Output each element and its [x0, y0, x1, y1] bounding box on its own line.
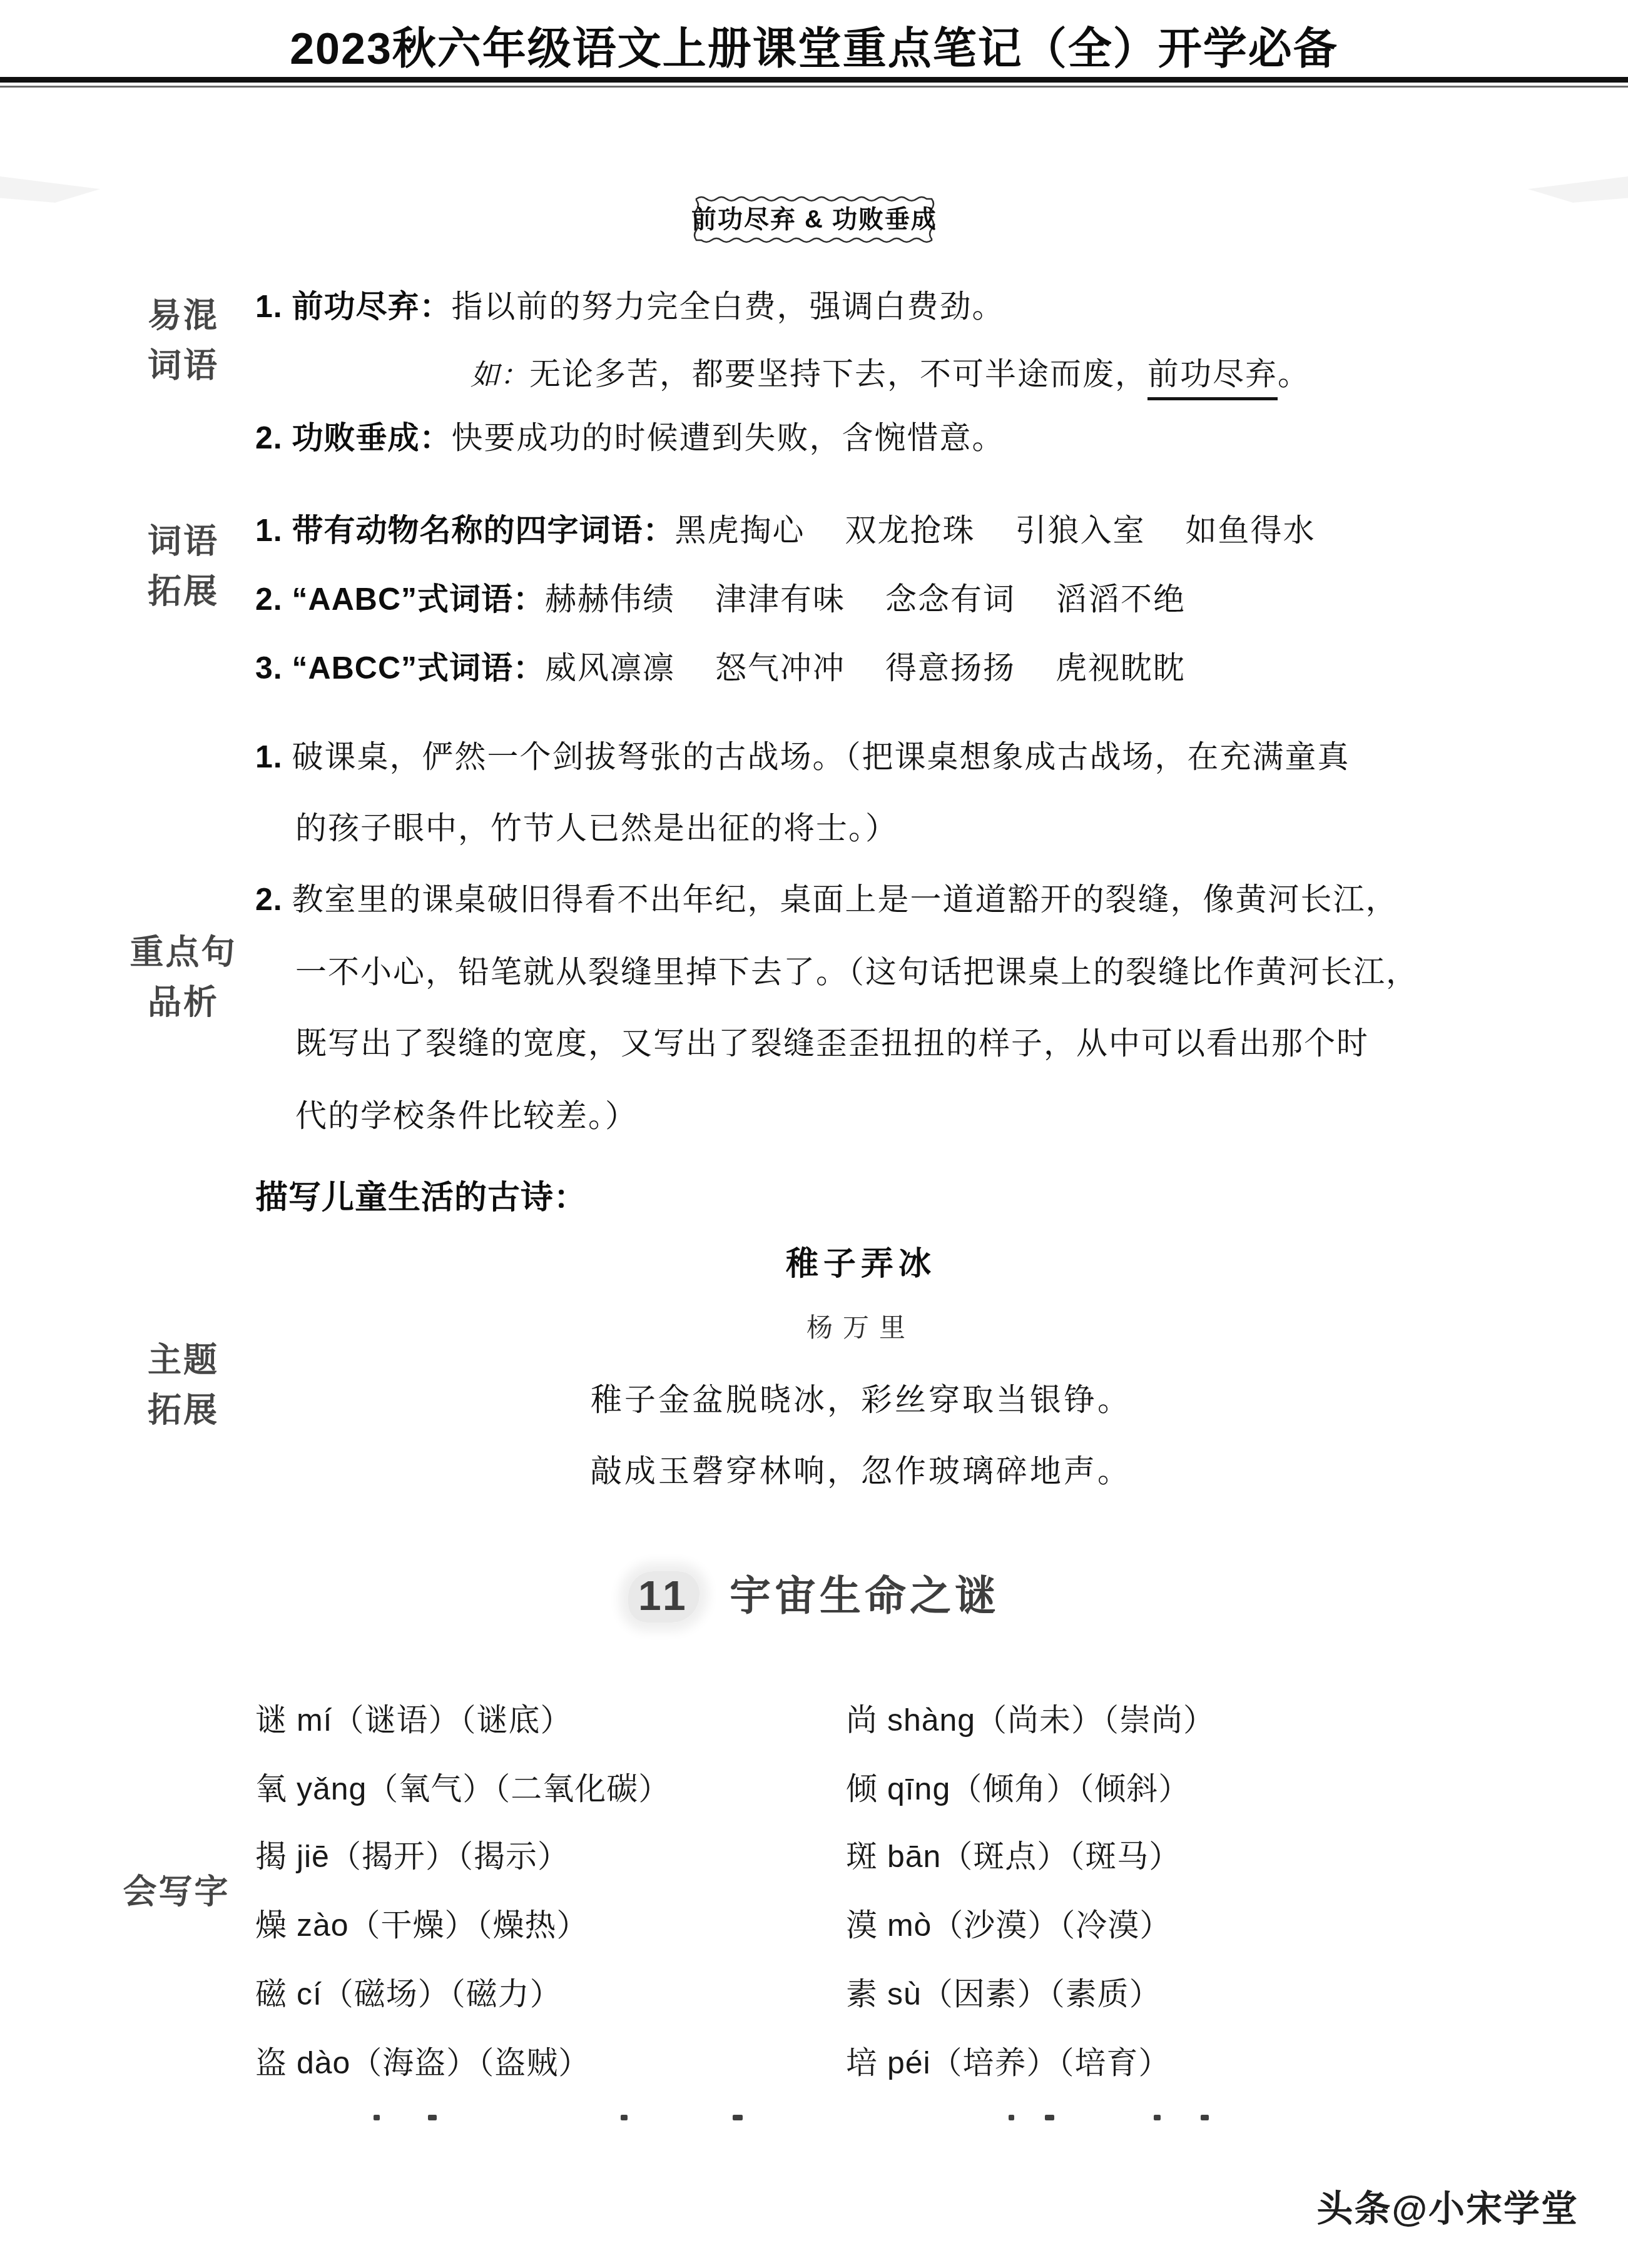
side-label-word-expansion: 词语 拓展 [114, 517, 252, 617]
item-number: 1. [255, 739, 292, 774]
word-group: 赫赫伟绩津津有味念念有词滔滔不绝 [545, 582, 1186, 617]
writing-word-cell: 斑 bān（斑点）（斑马） [846, 1831, 1181, 1876]
writing-word-cell: 素 sù（因素）（素质） [846, 1969, 1161, 2014]
word-group: 黑虎掏心双龙抢珠引狼入室如鱼得水 [675, 513, 1316, 548]
side-label-line: 品析 [114, 978, 252, 1028]
writing-word-cell: 倾 qīng（倾角）（倾斜） [846, 1764, 1190, 1809]
writing-word-cell: 尚 shàng（尚未）（崇尚） [846, 1695, 1215, 1740]
confusable-item-1: 1. 前功尽弃：指以前的努力完全白费，强调白费劲。 [255, 281, 1005, 327]
word: 念念有词 [885, 582, 1015, 617]
side-label-confusable-words: 易混 词语 [114, 291, 252, 391]
expansion-prefix: 3. “ABCC”式词语： [255, 651, 545, 686]
sentence-text: 破课桌，俨然一个剑拔弩张的古战场。（把课桌想象成古战场，在充满童真 [292, 739, 1350, 774]
theme-heading: 描写儿童生活的古诗： [255, 1171, 587, 1218]
word: 津津有味 [715, 582, 845, 617]
page-edge-clipped-text [428, 2115, 437, 2120]
page-fold-watermark-right [1528, 176, 1628, 203]
badge-text: 前功尽弃 & 功败垂成 [691, 194, 937, 245]
example-period: 。 [1278, 357, 1310, 392]
writing-word-cell: 燥 zào（干燥）（燥热） [255, 1900, 589, 1945]
expansion-item-3: 3. “ABCC”式词语：威风凛凛怒气冲冲得意扬扬虎视眈眈 [255, 643, 1186, 688]
term-definition: 指以前的努力完全白费，强调白费劲。 [452, 289, 1005, 324]
term-label: 1. 前功尽弃： [255, 289, 452, 324]
page-edge-clipped-text [1201, 2115, 1209, 2120]
expansion-item-2: 2. “AABC”式词语：赫赫伟绩津津有味念念有词滔滔不绝 [255, 574, 1186, 619]
key-sentence-2-line-2: 一不小心，铅笔就从裂缝里掉下去了。（这句话把课桌上的裂缝比作黄河长江， [295, 947, 1418, 992]
side-label-line: 会写字 [108, 1867, 245, 1917]
page-edge-clipped-text [1154, 2115, 1161, 2120]
lesson-title: 宇宙生命之谜 [730, 1572, 1000, 1619]
example-underlined-term: 前功尽弃 [1147, 357, 1278, 400]
confusable-example: 如：无论多苦，都要坚持下去，不可半途而废，前功尽弃。 [471, 349, 1310, 394]
writing-word-cell: 谜 mí（谜语）（谜底） [255, 1695, 572, 1740]
key-sentence-2-line-4: 代的学校条件比较差。） [295, 1091, 638, 1136]
watermark: 头条@小宋学堂 [1316, 2179, 1579, 2232]
writing-word-cell: 漠 mò（沙漠）（冷漠） [846, 1900, 1171, 1945]
example-body: 无论多苦，都要坚持下去，不可半途而废， [529, 357, 1147, 392]
writing-word-cell: 盗 dào（海盗）（盗贼） [255, 2038, 590, 2083]
lesson-number-highlight: 11 [628, 1571, 700, 1623]
key-sentence-1-line-1: 1. 破课桌，俨然一个剑拔弩张的古战场。（把课桌想象成古战场，在充满童真 [255, 732, 1350, 777]
page-edge-clipped-text [733, 2115, 743, 2120]
example-prefix: 如： [471, 359, 529, 391]
side-label-line: 拓展 [114, 567, 252, 617]
page-edge-clipped-text [374, 2115, 380, 2120]
side-label-line: 易混 [114, 291, 252, 341]
word: 滔滔不绝 [1056, 582, 1186, 617]
side-label-line: 重点句 [114, 928, 252, 978]
term-definition: 快要成功的时候遭到失败，含惋惜意。 [452, 420, 1005, 455]
word: 威风凛凛 [545, 651, 675, 686]
expansion-prefix: 1. 带有动物名称的四字词语： [255, 513, 675, 548]
page-edge-clipped-text [621, 2115, 628, 2120]
expansion-item-1: 1. 带有动物名称的四字词语：黑虎掏心双龙抢珠引狼入室如鱼得水 [255, 505, 1316, 550]
key-sentence-1-line-2: 的孩子眼中，竹节人已然是出征的将士。） [295, 803, 898, 848]
writing-word-cell: 揭 jiē（揭开）（揭示） [255, 1831, 569, 1876]
word: 黑虎掏心 [675, 513, 805, 548]
side-label-line: 词语 [114, 517, 252, 567]
poem-line-2: 敲成玉磬穿林响，忽作玻璃碎地声。 [0, 1446, 1628, 1491]
writing-word-cell: 磁 cí（磁场）（磁力） [255, 1969, 562, 2014]
word: 如鱼得水 [1186, 513, 1316, 548]
term-label: 2. 功败垂成： [255, 420, 452, 455]
item-number: 2. [255, 882, 292, 917]
confusable-item-2: 2. 功败垂成：快要成功的时候遭到失败，含惋惜意。 [255, 413, 1005, 458]
writing-word-cell: 培 péi（培养）（培育） [846, 2038, 1171, 2083]
expansion-prefix: 2. “AABC”式词语： [255, 582, 545, 617]
page-title: 2023秋六年级语文上册课堂重点笔记（全）开学必备 [0, 14, 1628, 77]
lesson-heading: 11 宇宙生命之谜 [0, 1562, 1628, 1622]
word: 双龙抢珠 [845, 513, 975, 548]
word: 怒气冲冲 [715, 651, 845, 686]
writing-word-cell: 氧 yǎng（氧气）（二氧化碳） [255, 1764, 670, 1809]
section-badge: 前功尽弃 & 功败垂成 [691, 194, 937, 245]
header-rule-thick [0, 77, 1628, 83]
header-rule-thin [0, 86, 1628, 88]
side-label-writing-words: 会写字 [108, 1867, 245, 1917]
key-sentence-2-line-1: 2. 教室里的课桌破旧得看不出年纪，桌面上是一道道豁开的裂缝，像黄河长江， [255, 874, 1398, 919]
sentence-text: 教室里的课桌破旧得看不出年纪，桌面上是一道道豁开的裂缝，像黄河长江， [292, 882, 1398, 917]
poem-author: 杨万里 [0, 1307, 1628, 1345]
side-label-line: 词语 [114, 341, 252, 391]
word: 赫赫伟绩 [545, 582, 675, 617]
word-group: 威风凛凛怒气冲冲得意扬扬虎视眈眈 [545, 651, 1186, 686]
poem-title: 稚子弄冰 [0, 1237, 1628, 1284]
word: 得意扬扬 [885, 651, 1015, 686]
lesson-number: 11 [638, 1572, 689, 1619]
key-sentence-2-line-3: 既写出了裂缝的宽度，又写出了裂缝歪歪扭扭的样子，从中可以看出那个时 [295, 1018, 1369, 1063]
page-edge-clipped-text [1045, 2115, 1054, 2120]
poem-line-1: 稚子金盆脱晓冰，彩丝穿取当银铮。 [0, 1375, 1628, 1420]
page-fold-watermark-left [0, 176, 100, 203]
side-label-key-sentences: 重点句 品析 [114, 928, 252, 1028]
word: 引狼入室 [1015, 513, 1146, 548]
word: 虎视眈眈 [1056, 651, 1186, 686]
page-edge-clipped-text [1009, 2115, 1014, 2120]
